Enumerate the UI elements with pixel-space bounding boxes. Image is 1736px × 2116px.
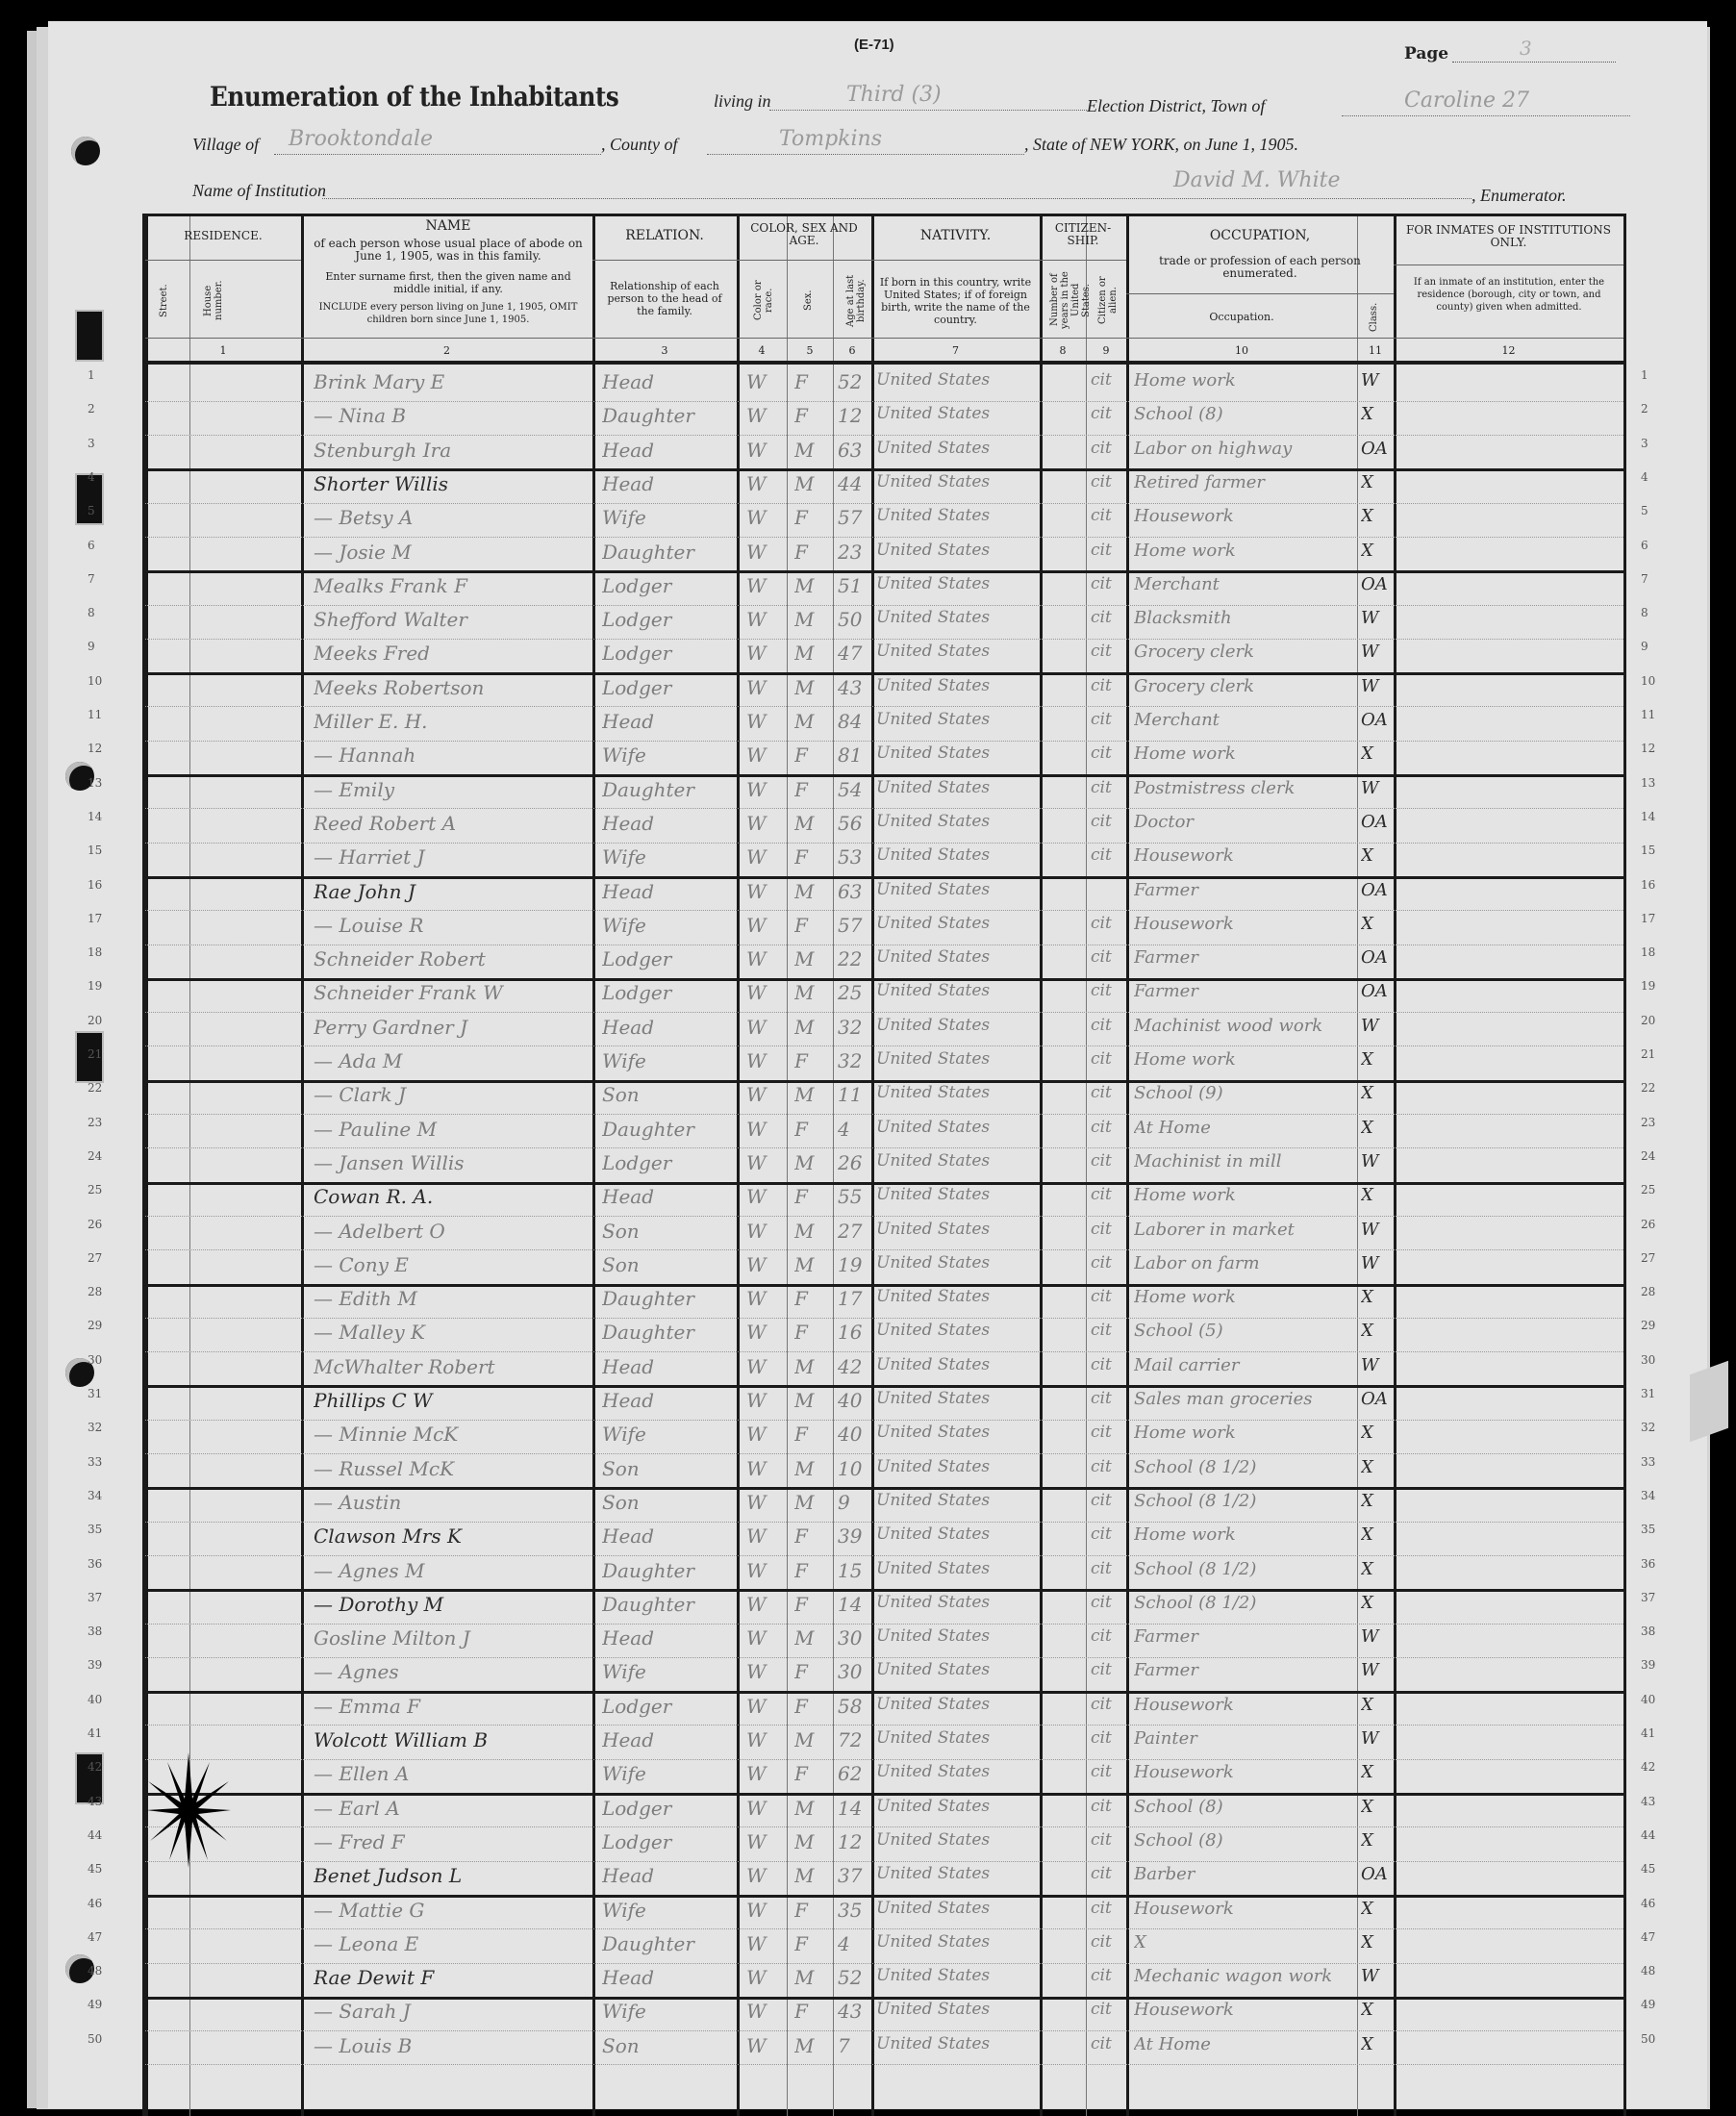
class-cell: W xyxy=(1361,778,1394,798)
occupation-cell: Housework xyxy=(1134,2000,1355,2020)
sex-cell: M xyxy=(794,1491,833,1514)
sex-cell: M xyxy=(794,880,833,903)
age-cell: 19 xyxy=(838,1253,871,1276)
table-row: 16 Rae John J Head W M 63 United States … xyxy=(145,878,1623,912)
color-cell: W xyxy=(746,1695,785,1718)
name-instruction: Enter surname first, then the given name… xyxy=(309,270,588,295)
citizenship-cell: cit xyxy=(1091,1287,1125,1306)
sex-cell: F xyxy=(794,370,833,393)
col-number: 1 xyxy=(145,344,301,357)
name-cell: — Ellen A xyxy=(314,1762,588,1785)
row-number-right: 29 xyxy=(1641,1319,1655,1332)
table-row: 25 Cowan R. A. Head W F 55 United States… xyxy=(145,1183,1623,1217)
color-cell: W xyxy=(746,574,785,597)
table-row: 12 — Hannah Wife W F 81 United States ci… xyxy=(145,742,1623,777)
occupation-cell: School (8) xyxy=(1134,1797,1355,1817)
col-number: 3 xyxy=(592,344,737,357)
name-cell: — Minnie McK xyxy=(314,1423,588,1446)
table-row: 2 — Nina B Daughter W F 12 United States… xyxy=(145,402,1623,436)
row-number-right: 50 xyxy=(1641,2032,1655,2046)
name-cell: — Agnes M xyxy=(314,1559,588,1582)
row-number-right: 26 xyxy=(1641,1218,1655,1231)
age-cell: 43 xyxy=(838,2000,871,2023)
table-row: 33 — Russel McK Son W M 10 United States… xyxy=(145,1455,1623,1491)
table-row: 26 — Adelbert O Son W M 27 United States… xyxy=(145,1218,1623,1251)
row-number-left: 18 xyxy=(88,945,102,959)
row-number-right: 12 xyxy=(1641,742,1655,755)
citizenship-cell: cit xyxy=(1091,1695,1125,1714)
color-cell: W xyxy=(746,642,785,665)
years-in-us-header: Number of years in the United States. xyxy=(1049,266,1092,334)
sex-cell: F xyxy=(794,404,833,427)
color-cell: W xyxy=(746,439,785,462)
name-cell: Miller E. H. xyxy=(314,710,588,733)
class-cell: X xyxy=(1361,914,1394,934)
class-cell: X xyxy=(1361,1932,1394,1952)
age-cell: 62 xyxy=(838,1762,871,1785)
age-cell: 23 xyxy=(838,541,871,564)
color-cell: W xyxy=(746,1626,785,1650)
row-number-left: 35 xyxy=(88,1523,102,1536)
nativity-cell: United States xyxy=(876,1118,1038,1137)
binder-hole-icon xyxy=(71,137,100,165)
nativity-cell: United States xyxy=(876,1728,1038,1748)
relation-cell: Son xyxy=(602,1457,732,1480)
name-cell: Reed Robert A xyxy=(314,812,588,835)
sex-cell: M xyxy=(794,710,833,733)
row-number-right: 41 xyxy=(1641,1726,1655,1740)
table-row: 30 McWhalter Robert Head W M 42 United S… xyxy=(145,1353,1623,1389)
row-number-left: 7 xyxy=(88,572,95,586)
table-row: 11 Miller E. H. Head W M 84 United State… xyxy=(145,708,1623,742)
sex-cell: F xyxy=(794,1118,833,1141)
age-cell: 42 xyxy=(838,1355,871,1378)
age-cell: 11 xyxy=(838,1083,871,1106)
nativity-cell: United States xyxy=(876,1899,1038,1918)
table-row: 19 Schneider Frank W Lodger W M 25 Unite… xyxy=(145,979,1623,1013)
age-cell: 12 xyxy=(838,1830,871,1853)
class-header: Class. xyxy=(1369,303,1379,332)
nativity-cell: United States xyxy=(876,472,1038,491)
relation-cell: Son xyxy=(602,1491,732,1514)
citizenship-cell: cit xyxy=(1091,574,1125,593)
occupation-cell: Home work xyxy=(1134,541,1355,561)
row-number-left: 5 xyxy=(88,504,95,517)
header-rule xyxy=(871,260,1040,261)
row-number-right: 16 xyxy=(1641,878,1655,892)
row-number-right: 37 xyxy=(1641,1591,1655,1604)
row-number-left: 43 xyxy=(88,1795,102,1808)
row-number-left: 49 xyxy=(88,1998,102,2011)
color-cell: W xyxy=(746,2034,785,2057)
row-number-right: 42 xyxy=(1641,1760,1655,1774)
name-cell: — Russel McK xyxy=(314,1457,588,1480)
color-cell: W xyxy=(746,676,785,699)
occupation-cell: At Home xyxy=(1134,1118,1355,1138)
citizenship-cell: cit xyxy=(1091,2000,1125,2019)
class-cell: W xyxy=(1361,642,1394,662)
name-cell: — Edith M xyxy=(314,1287,588,1310)
enumerator-value: David M. White xyxy=(1173,168,1341,192)
name-cell: — Fred F xyxy=(314,1830,588,1853)
occupation-cell: Farmer xyxy=(1134,1660,1355,1680)
occupation-cell: Farmer xyxy=(1134,1626,1355,1647)
nativity-cell: United States xyxy=(876,845,1038,865)
color-cell: W xyxy=(746,404,785,427)
relation-cell: Head xyxy=(602,1728,732,1751)
citizenship-header: CITIZEN-SHIP. xyxy=(1040,222,1126,247)
table-row: 31 Phillips C W Head W M 40 United State… xyxy=(145,1387,1623,1421)
row-number-left: 32 xyxy=(88,1421,102,1434)
row-number-left: 8 xyxy=(88,606,95,619)
table-row: 48 Rae Dewit F Head W M 52 United States… xyxy=(145,1964,1623,2000)
village-label: Village of xyxy=(192,135,259,155)
row-number-right: 38 xyxy=(1641,1625,1655,1638)
table-row: 17 — Louise R Wife W F 57 United States … xyxy=(145,912,1623,945)
row-number-right: 49 xyxy=(1641,1998,1655,2011)
row-number-right: 48 xyxy=(1641,1964,1655,1977)
class-cell: OA xyxy=(1361,710,1394,730)
age-cell: 57 xyxy=(838,914,871,937)
relation-cell: Son xyxy=(602,2034,732,2057)
row-number-right: 39 xyxy=(1641,1658,1655,1672)
row-number-left: 41 xyxy=(88,1726,102,1740)
sex-cell: M xyxy=(794,1253,833,1276)
sex-cell: M xyxy=(794,1016,833,1039)
occupation-cell: Doctor xyxy=(1134,812,1355,832)
color-cell: W xyxy=(746,1118,785,1141)
relation-cell: Wife xyxy=(602,1049,732,1072)
citizenship-cell: cit xyxy=(1091,981,1125,1000)
citizenship-cell: cit xyxy=(1091,778,1125,797)
occupation-cell: Blacksmith xyxy=(1134,608,1355,628)
sex-cell: F xyxy=(794,1593,833,1616)
occupation-cell: Home work xyxy=(1134,1287,1355,1307)
citizenship-cell: cit xyxy=(1091,1660,1125,1679)
class-cell: X xyxy=(1361,1830,1394,1851)
class-cell: X xyxy=(1361,404,1394,424)
age-cell: 84 xyxy=(838,710,871,733)
color-cell: W xyxy=(746,1966,785,1989)
relation-cell: Lodger xyxy=(602,1695,732,1718)
name-cell: Meeks Robertson xyxy=(314,676,588,699)
occupation-cell: Home work xyxy=(1134,1423,1355,1443)
enumerator-label: , Enumerator. xyxy=(1472,186,1567,206)
relation-header: RELATION. xyxy=(592,230,737,242)
sex-cell: M xyxy=(794,1389,833,1412)
nativity-cell: United States xyxy=(876,2034,1038,2053)
name-cell: — Leona E xyxy=(314,1932,588,1955)
name-cell: — Malley K xyxy=(314,1321,588,1344)
table-row: 3 Stenburgh Ira Head W M 63 United State… xyxy=(145,437,1623,472)
name-cell: Rae John J xyxy=(314,880,588,903)
nativity-cell: United States xyxy=(876,880,1038,899)
citizenship-cell: cit xyxy=(1091,812,1125,831)
citizenship-cell: cit xyxy=(1091,947,1125,967)
living-in-value: Third (3) xyxy=(846,83,942,107)
relation-cell: Wife xyxy=(602,506,732,529)
name-cell: — Mattie G xyxy=(314,1899,588,1922)
age-cell: 10 xyxy=(838,1457,871,1480)
row-number-left: 15 xyxy=(88,844,102,857)
name-cell: — Hannah xyxy=(314,743,588,767)
row-number-right: 6 xyxy=(1641,539,1648,552)
color-cell: W xyxy=(746,1728,785,1751)
name-cell: — Harriet J xyxy=(314,845,588,869)
occupation-cell: Home work xyxy=(1134,1049,1355,1070)
nativity-cell: United States xyxy=(876,574,1038,593)
row-number-left: 46 xyxy=(88,1897,102,1910)
relation-cell: Wife xyxy=(602,743,732,767)
nativity-cell: United States xyxy=(876,1185,1038,1204)
col-number: 8 xyxy=(1040,344,1086,357)
citizenship-cell: cit xyxy=(1091,710,1125,729)
row-number-left: 34 xyxy=(88,1489,102,1502)
sex-cell: F xyxy=(794,506,833,529)
nativity-cell: United States xyxy=(876,1457,1038,1476)
color-cell: W xyxy=(746,608,785,631)
citizenship-cell: cit xyxy=(1091,541,1125,560)
row-number-right: 23 xyxy=(1641,1116,1655,1129)
name-cell: — Adelbert O xyxy=(314,1220,588,1243)
table-row: 45 Benet Judson L Head W M 37 United Sta… xyxy=(145,1862,1623,1898)
starburst-mark-icon xyxy=(146,1752,231,1868)
age-cell: 44 xyxy=(838,472,871,495)
col-number: 10 xyxy=(1126,344,1357,357)
color-cell: W xyxy=(746,1797,785,1820)
county-value: Tompkins xyxy=(779,127,882,151)
living-in-label: living in xyxy=(714,91,771,112)
row-number-right: 46 xyxy=(1641,1897,1655,1910)
row-number-right: 8 xyxy=(1641,606,1648,619)
row-number-left: 1 xyxy=(88,368,95,382)
row-number-right: 27 xyxy=(1641,1251,1655,1265)
page-title: Enumeration of the Inhabitants xyxy=(210,81,618,113)
occupation-cell: Farmer xyxy=(1134,880,1355,900)
fill-line xyxy=(1342,115,1630,116)
color-cell: W xyxy=(746,1660,785,1683)
table-row: 39 — Agnes Wife W F 30 United States cit… xyxy=(145,1658,1623,1694)
color-cell: W xyxy=(746,1457,785,1480)
nativity-cell: United States xyxy=(876,1524,1038,1544)
color-header: Color or race. xyxy=(753,269,774,332)
name-cell: — Nina B xyxy=(314,404,588,427)
row-number-right: 25 xyxy=(1641,1183,1655,1197)
occupation-desc: trade or profession of each person enume… xyxy=(1136,255,1384,280)
citizenship-cell: cit xyxy=(1091,439,1125,458)
age-cell: 7 xyxy=(838,2034,871,2057)
table-row: 44 — Fred F Lodger W M 12 United States … xyxy=(145,1828,1623,1862)
table-row: 6 — Josie M Daughter W F 23 United State… xyxy=(145,539,1623,574)
occupation-cell: Merchant xyxy=(1134,574,1355,594)
citizenship-cell: cit xyxy=(1091,1220,1125,1239)
color-cell: W xyxy=(746,1083,785,1106)
name-cell: — Austin xyxy=(314,1491,588,1514)
relation-cell: Wife xyxy=(602,2000,732,2023)
citizenship-cell: cit xyxy=(1091,1118,1125,1137)
age-header: Age at last birthday. xyxy=(845,269,867,332)
relation-cell: Son xyxy=(602,1083,732,1106)
color-cell: W xyxy=(746,1151,785,1174)
sex-cell: F xyxy=(794,1559,833,1582)
citizenship-cell: cit xyxy=(1091,642,1125,661)
occupation-cell: Mechanic wagon work xyxy=(1134,1966,1355,1986)
relation-cell: Head xyxy=(602,710,732,733)
color-cell: W xyxy=(746,370,785,393)
nativity-cell: United States xyxy=(876,981,1038,1000)
age-cell: 51 xyxy=(838,574,871,597)
relation-cell: Head xyxy=(602,1185,732,1208)
citizenship-cell: cit xyxy=(1091,404,1125,423)
name-cell: — Clark J xyxy=(314,1083,588,1106)
class-cell: W xyxy=(1361,1626,1394,1647)
nativity-cell: United States xyxy=(876,642,1038,661)
col-number: 2 xyxy=(301,344,592,357)
sex-cell: M xyxy=(794,642,833,665)
sex-cell: F xyxy=(794,541,833,564)
sex-cell: M xyxy=(794,1864,833,1887)
col-number: 5 xyxy=(787,344,833,357)
citizenship-cell: cit xyxy=(1091,1083,1125,1102)
name-cell: Perry Gardner J xyxy=(314,1016,588,1039)
class-cell: X xyxy=(1361,1287,1394,1307)
row-number-right: 14 xyxy=(1641,810,1655,823)
citizenship-cell: cit xyxy=(1091,1728,1125,1748)
age-cell: 25 xyxy=(838,981,871,1004)
color-cell: W xyxy=(746,710,785,733)
sex-cell: M xyxy=(794,2034,833,2057)
page-fill-line xyxy=(1452,62,1616,63)
relation-cell: Daughter xyxy=(602,1321,732,1344)
row-number-right: 34 xyxy=(1641,1489,1655,1502)
citizenship-cell: cit xyxy=(1091,676,1125,695)
class-cell: W xyxy=(1361,1728,1394,1749)
color-cell: W xyxy=(746,472,785,495)
sex-cell: F xyxy=(794,1287,833,1310)
class-cell: W xyxy=(1361,1220,1394,1240)
sex-cell: F xyxy=(794,1660,833,1683)
color-sex-age-header: COLOR, SEX AND AGE. xyxy=(737,222,871,247)
page-number: 3 xyxy=(1520,37,1532,60)
table-row: 10 Meeks Robertson Lodger W M 43 United … xyxy=(145,674,1623,708)
color-cell: W xyxy=(746,1830,785,1853)
sex-cell: F xyxy=(794,914,833,937)
nativity-cell: United States xyxy=(876,778,1038,797)
row-number-right: 22 xyxy=(1641,1081,1655,1095)
age-cell: 81 xyxy=(838,743,871,767)
row-number-right: 5 xyxy=(1641,504,1648,517)
class-cell: X xyxy=(1361,1593,1394,1613)
color-cell: W xyxy=(746,1864,785,1887)
color-cell: W xyxy=(746,506,785,529)
age-cell: 30 xyxy=(838,1660,871,1683)
table-row: 20 Perry Gardner J Head W M 32 United St… xyxy=(145,1014,1623,1047)
row-number-left: 3 xyxy=(88,437,95,450)
nativity-cell: United States xyxy=(876,1049,1038,1069)
table-row: 38 Gosline Milton J Head W M 30 United S… xyxy=(145,1625,1623,1658)
class-cell: X xyxy=(1361,1083,1394,1103)
relation-cell: Lodger xyxy=(602,1797,732,1820)
age-cell: 9 xyxy=(838,1491,871,1514)
row-number-left: 6 xyxy=(88,539,95,552)
name-cell: Meeks Fred xyxy=(314,642,588,665)
fill-line xyxy=(707,154,1024,155)
name-cell: Clawson Mrs K xyxy=(314,1524,588,1548)
occupation-cell: School (8 1/2) xyxy=(1134,1491,1355,1511)
age-cell: 32 xyxy=(838,1049,871,1072)
row-number-right: 2 xyxy=(1641,402,1648,416)
citizenship-cell: cit xyxy=(1091,1253,1125,1272)
nativity-cell: United States xyxy=(876,743,1038,763)
citizenship-cell: cit xyxy=(1091,608,1125,627)
citizenship-cell: cit xyxy=(1091,1016,1125,1035)
nativity-cell: United States xyxy=(876,1491,1038,1510)
nativity-cell: United States xyxy=(876,1423,1038,1442)
class-cell: X xyxy=(1361,1559,1394,1579)
color-cell: W xyxy=(746,1932,785,1955)
row-number-left: 20 xyxy=(88,1014,102,1027)
nativity-cell: United States xyxy=(876,812,1038,831)
age-cell: 15 xyxy=(838,1559,871,1582)
citizenship-cell: cit xyxy=(1091,914,1125,933)
age-cell: 4 xyxy=(838,1932,871,1955)
citizenship-cell: cit xyxy=(1091,1321,1125,1340)
page-tear xyxy=(1690,1361,1728,1443)
row-number-left: 4 xyxy=(88,470,95,484)
residence-header: RESIDENCE. xyxy=(145,230,301,242)
nativity-cell: United States xyxy=(876,1660,1038,1679)
occupation-cell: Machinist in mill xyxy=(1134,1151,1355,1171)
sex-cell: M xyxy=(794,439,833,462)
name-cell: — Sarah J xyxy=(314,2000,588,2023)
relation-cell: Head xyxy=(602,1626,732,1650)
name-include-note: INCLUDE every person living on June 1, 1… xyxy=(309,301,588,326)
class-cell: OA xyxy=(1361,574,1394,594)
nativity-cell: United States xyxy=(876,1151,1038,1171)
row-number-left: 37 xyxy=(88,1591,102,1604)
occupation-cell: Sales man groceries xyxy=(1134,1389,1355,1409)
occupation-cell: Grocery clerk xyxy=(1134,676,1355,696)
citizenship-cell: cit xyxy=(1091,2034,1125,2053)
age-cell: 32 xyxy=(838,1016,871,1039)
occupation-cell: Machinist wood work xyxy=(1134,1016,1355,1036)
occupation-cell: School (8 1/2) xyxy=(1134,1593,1355,1613)
row-number-left: 50 xyxy=(88,2032,102,2046)
occupation-cell: Housework xyxy=(1134,1899,1355,1919)
house-number-header: House number. xyxy=(203,269,224,332)
relation-cell: Son xyxy=(602,1220,732,1243)
col-number: 9 xyxy=(1086,344,1126,357)
page-label: Page xyxy=(1404,44,1448,63)
color-cell: W xyxy=(746,845,785,869)
occupation-cell: School (9) xyxy=(1134,1083,1355,1103)
nativity-cell: United States xyxy=(876,947,1038,967)
sex-cell: F xyxy=(794,778,833,801)
age-cell: 22 xyxy=(838,947,871,970)
relation-cell: Head xyxy=(602,1524,732,1548)
sex-cell: F xyxy=(794,1185,833,1208)
table-row: 14 Reed Robert A Head W M 56 United Stat… xyxy=(145,810,1623,844)
row-number-left: 24 xyxy=(88,1149,102,1163)
age-cell: 55 xyxy=(838,1185,871,1208)
table-row: 27 — Cony E Son W M 19 United States cit… xyxy=(145,1251,1623,1287)
class-cell: X xyxy=(1361,1321,1394,1341)
row-number-left: 10 xyxy=(88,674,102,688)
header-rule xyxy=(145,260,301,261)
class-cell: W xyxy=(1361,1016,1394,1036)
color-cell: W xyxy=(746,981,785,1004)
name-cell: — Dorothy M xyxy=(314,1593,588,1616)
